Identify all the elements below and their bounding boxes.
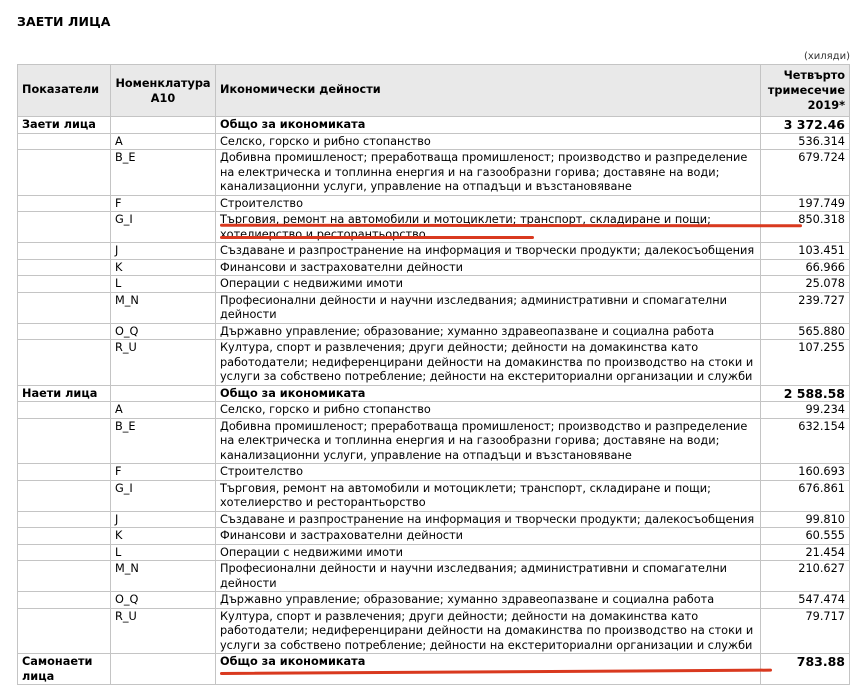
- code-cell: [111, 654, 216, 685]
- activity-cell: Създаване и разпространение на информаци…: [216, 243, 761, 260]
- table-row: LОперации с недвижими имоти21.454: [18, 544, 850, 561]
- header-period: Четвърто тримесечие 2019*: [761, 65, 850, 117]
- code-cell: A: [111, 133, 216, 150]
- indicator-cell: [18, 528, 111, 545]
- value-cell: 676.861: [761, 480, 850, 511]
- highlight-underline-g-i-line2: [220, 236, 534, 239]
- indicator-cell: [18, 259, 111, 276]
- header-period-line3: 2019*: [808, 99, 845, 112]
- table-row: FСтроителство197.749: [18, 195, 850, 212]
- table-row: G_IТърговия, ремонт на автомобили и мото…: [18, 480, 850, 511]
- value-cell: 160.693: [761, 464, 850, 481]
- code-cell: L: [111, 276, 216, 293]
- activity-cell: Създаване и разпространение на информаци…: [216, 511, 761, 528]
- value-cell: 536.314: [761, 133, 850, 150]
- indicator-cell: [18, 340, 111, 386]
- value-cell: 679.724: [761, 150, 850, 196]
- header-nomenclature: Номенклатура А10: [111, 65, 216, 117]
- value-cell: 79.717: [761, 608, 850, 654]
- value-cell: 21.454: [761, 544, 850, 561]
- value-cell: 547.474: [761, 592, 850, 609]
- activity-cell: Търговия, ремонт на автомобили и мотоцик…: [216, 480, 761, 511]
- table-row: FСтроителство160.693: [18, 464, 850, 481]
- code-cell: O_Q: [111, 323, 216, 340]
- activity-cell: Култура, спорт и развлечения; други дейн…: [216, 340, 761, 386]
- indicator-cell: [18, 195, 111, 212]
- value-cell: 239.727: [761, 292, 850, 323]
- header-period-line2: тримесечие: [768, 84, 845, 97]
- activity-cell: Селско, горско и рибно стопанство: [216, 133, 761, 150]
- value-cell: 66.966: [761, 259, 850, 276]
- table-row: O_QДържавно управление; образование; хум…: [18, 592, 850, 609]
- value-cell: 99.234: [761, 402, 850, 419]
- indicator-cell: [18, 402, 111, 419]
- code-cell: O_Q: [111, 592, 216, 609]
- indicator-cell: [18, 561, 111, 592]
- table-row: JСъздаване и разпространение на информац…: [18, 511, 850, 528]
- value-cell: 197.749: [761, 195, 850, 212]
- indicator-cell: [18, 464, 111, 481]
- highlight-underline-g-i-line1: [220, 224, 802, 228]
- units-note: (хиляди): [804, 51, 850, 62]
- activity-cell: Финансови и застрахователни дейности: [216, 528, 761, 545]
- code-cell: R_U: [111, 608, 216, 654]
- code-cell: G_I: [111, 480, 216, 511]
- indicator-cell: [18, 323, 111, 340]
- indicator-cell: [18, 592, 111, 609]
- employment-table: Показатели Номенклатура А10 Икономически…: [17, 64, 850, 685]
- value-cell: 632.154: [761, 418, 850, 464]
- table-row: LОперации с недвижими имоти25.078: [18, 276, 850, 293]
- indicator-cell: Наети лица: [18, 385, 111, 402]
- activity-cell: Строителство: [216, 195, 761, 212]
- code-cell: K: [111, 259, 216, 276]
- table-row: R_UКултура, спорт и развлечения; други д…: [18, 340, 850, 386]
- activity-cell: Общо за икономиката: [216, 385, 761, 402]
- code-cell: J: [111, 243, 216, 260]
- table-row: B_EДобивна промишленост; преработваща пр…: [18, 418, 850, 464]
- code-cell: R_U: [111, 340, 216, 386]
- table-row: O_QДържавно управление; образование; хум…: [18, 323, 850, 340]
- activity-cell: Добивна промишленост; преработваща проми…: [216, 150, 761, 196]
- table-row-total: Заети лицаОбщо за икономиката3 372.46: [18, 117, 850, 134]
- code-cell: A: [111, 402, 216, 419]
- table-row: B_EДобивна промишленост; преработваща пр…: [18, 150, 850, 196]
- table-row: AСелско, горско и рибно стопанство536.31…: [18, 133, 850, 150]
- code-cell: F: [111, 464, 216, 481]
- code-cell: M_N: [111, 292, 216, 323]
- activity-cell: Общо за икономиката: [216, 117, 761, 134]
- code-cell: K: [111, 528, 216, 545]
- value-cell: 210.627: [761, 561, 850, 592]
- indicator-cell: [18, 608, 111, 654]
- table-header-row: Показатели Номенклатура А10 Икономически…: [18, 65, 850, 117]
- table-row-total: Наети лицаОбщо за икономиката2 588.58: [18, 385, 850, 402]
- code-cell: [111, 117, 216, 134]
- table-body: Заети лицаОбщо за икономиката3 372.46AСе…: [18, 117, 850, 685]
- header-nomenclature-line1: Номенклатура: [115, 77, 210, 90]
- indicator-cell: [18, 276, 111, 293]
- table-row: AСелско, горско и рибно стопанство99.234: [18, 402, 850, 419]
- table-row: JСъздаване и разпространение на информац…: [18, 243, 850, 260]
- header-activity: Икономически дейности: [216, 65, 761, 117]
- value-cell: 2 588.58: [761, 385, 850, 402]
- indicator-cell: [18, 544, 111, 561]
- indicator-cell: [18, 212, 111, 243]
- page-title: ЗАЕТИ ЛИЦА: [17, 14, 111, 29]
- indicator-cell: [18, 292, 111, 323]
- indicator-cell: [18, 511, 111, 528]
- code-cell: M_N: [111, 561, 216, 592]
- value-cell: 60.555: [761, 528, 850, 545]
- code-cell: B_E: [111, 418, 216, 464]
- indicator-cell: [18, 243, 111, 260]
- indicator-cell: [18, 133, 111, 150]
- activity-cell: Селско, горско и рибно стопанство: [216, 402, 761, 419]
- value-cell: 99.810: [761, 511, 850, 528]
- activity-cell: Финансови и застрахователни дейности: [216, 259, 761, 276]
- table-row: KФинансови и застрахователни дейности60.…: [18, 528, 850, 545]
- code-cell: J: [111, 511, 216, 528]
- code-cell: G_I: [111, 212, 216, 243]
- code-cell: [111, 385, 216, 402]
- value-cell: 107.255: [761, 340, 850, 386]
- activity-cell: Държавно управление; образование; хуманн…: [216, 323, 761, 340]
- activity-cell: Операции с недвижими имоти: [216, 544, 761, 561]
- activity-cell: Добивна промишленост; преработваща проми…: [216, 418, 761, 464]
- value-cell: 103.451: [761, 243, 850, 260]
- code-cell: F: [111, 195, 216, 212]
- table-row: R_UКултура, спорт и развлечения; други д…: [18, 608, 850, 654]
- activity-cell: Култура, спорт и развлечения; други дейн…: [216, 608, 761, 654]
- header-period-line1: Четвърто: [784, 69, 845, 82]
- header-nomenclature-line2: А10: [151, 92, 175, 105]
- indicator-cell: [18, 418, 111, 464]
- value-cell: 565.880: [761, 323, 850, 340]
- table-row: M_NПрофесионални дейности и научни изсле…: [18, 561, 850, 592]
- activity-cell: Държавно управление; образование; хуманн…: [216, 592, 761, 609]
- table-row: M_NПрофесионални дейности и научни изсле…: [18, 292, 850, 323]
- activity-cell: Професионални дейности и научни изследва…: [216, 292, 761, 323]
- code-cell: L: [111, 544, 216, 561]
- header-indicator: Показатели: [18, 65, 111, 117]
- value-cell: 25.078: [761, 276, 850, 293]
- indicator-cell: [18, 150, 111, 196]
- table-row: KФинансови и застрахователни дейности66.…: [18, 259, 850, 276]
- code-cell: B_E: [111, 150, 216, 196]
- activity-cell: Строителство: [216, 464, 761, 481]
- value-cell: 3 372.46: [761, 117, 850, 134]
- value-cell: 783.88: [761, 654, 850, 685]
- activity-cell: Операции с недвижими имоти: [216, 276, 761, 293]
- activity-cell: Професионални дейности и научни изследва…: [216, 561, 761, 592]
- indicator-cell: Заети лица: [18, 117, 111, 134]
- indicator-cell: [18, 480, 111, 511]
- indicator-cell: Самонаети лица: [18, 654, 111, 685]
